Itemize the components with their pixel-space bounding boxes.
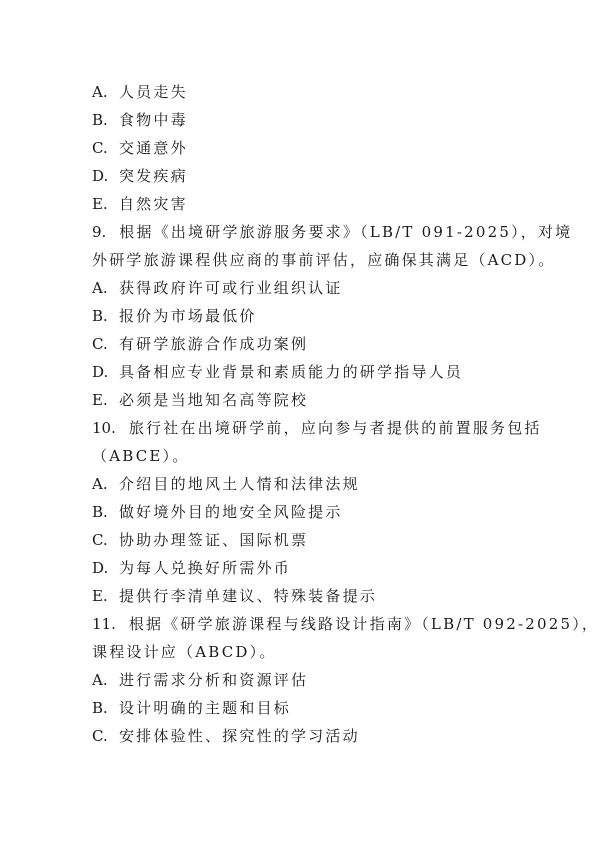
question-stem-continued: （ABCE）。 [92,447,189,465]
q9-option-c: C. 有研学旅游合作成功案例 [92,330,532,358]
q9-stem-line2: 外研学旅游课程供应商的事前评估，应确保其满足（ACD）。 [92,246,532,274]
q9-option-d: D. 具备相应专业背景和素质能力的研学指导人员 [92,358,532,386]
q11-stem-line1: 11. 根据《研学旅游课程与线路设计指南》（LB/T 092-2025）， [92,610,532,638]
option-letter: D. [92,162,112,190]
q8-option-a: A. 人员走失 [92,78,532,106]
q10-option-b: B. 做好境外目的地安全风险提示 [92,498,532,526]
option-letter: E. [92,386,112,414]
option-text: 做好境外目的地安全风险提示 [119,503,343,521]
q10-option-d: D. 为每人兑换好所需外币 [92,554,532,582]
option-letter: C. [92,330,112,358]
question-stem-continued: 外研学旅游课程供应商的事前评估，应确保其满足（ACD）。 [92,251,555,269]
option-text: 为每人兑换好所需外币 [119,559,291,577]
option-text: 介绍目的地风土人情和法律法规 [119,475,360,493]
option-letter: A. [92,666,112,694]
option-text: 人员走失 [119,83,188,101]
option-letter: E. [92,190,112,218]
question-number: 10. [92,419,116,437]
question-stem: 旅行社在出境研学前，应向参与者提供的前置服务包括 [129,419,542,437]
question-stem: 根据《出境研学旅游服务要求》（LB/T 091-2025），对境 [119,223,572,241]
option-letter: A. [92,78,112,106]
q9-stem-line1: 9. 根据《出境研学旅游服务要求》（LB/T 091-2025），对境 [92,218,532,246]
option-letter: E. [92,582,112,610]
q9-option-e: E. 必须是当地知名高等院校 [92,386,532,414]
q9-option-a: A. 获得政府许可或行业组织认证 [92,274,532,302]
q10-stem-line2: （ABCE）。 [92,442,532,470]
option-text: 安排体验性、探究性的学习活动 [119,727,360,745]
q10-option-a: A. 介绍目的地风土人情和法律法规 [92,470,532,498]
option-text: 突发疾病 [119,167,188,185]
q11-stem-line2: 课程设计应（ABCD）。 [92,638,532,666]
option-letter: B. [92,106,112,134]
option-letter: A. [92,470,112,498]
question-number: 9. [92,223,106,241]
q11-option-a: A. 进行需求分析和资源评估 [92,666,532,694]
option-letter: B. [92,302,112,330]
option-text: 协助办理签证、国际机票 [119,531,308,549]
option-letter: C. [92,526,112,554]
option-letter: C. [92,722,112,750]
option-letter: C. [92,134,112,162]
option-letter: B. [92,498,112,526]
document-page: A. 人员走失 B. 食物中毒 C. 交通意外 D. 突发疾病 E. 自然灾害 … [92,78,532,750]
option-text: 食物中毒 [119,111,188,129]
q11-option-b: B. 设计明确的主题和目标 [92,694,532,722]
option-text: 有研学旅游合作成功案例 [119,335,308,353]
q8-option-c: C. 交通意外 [92,134,532,162]
q11-option-c: C. 安排体验性、探究性的学习活动 [92,722,532,750]
option-text: 交通意外 [119,139,188,157]
q8-option-e: E. 自然灾害 [92,190,532,218]
q10-stem-line1: 10. 旅行社在出境研学前，应向参与者提供的前置服务包括 [92,414,532,442]
option-text: 获得政府许可或行业组织认证 [119,279,343,297]
question-stem: 根据《研学旅游课程与线路设计指南》（LB/T 092-2025）， [129,615,599,633]
q9-option-b: B. 报价为市场最低价 [92,302,532,330]
q8-option-d: D. 突发疾病 [92,162,532,190]
option-letter: A. [92,274,112,302]
q10-option-e: E. 提供行李清单建议、特殊装备提示 [92,582,532,610]
q10-option-c: C. 协助办理签证、国际机票 [92,526,532,554]
option-text: 具备相应专业背景和素质能力的研学指导人员 [119,363,463,381]
option-text: 报价为市场最低价 [119,307,257,325]
option-text: 必须是当地知名高等院校 [119,391,308,409]
option-letter: D. [92,554,112,582]
option-text: 提供行李清单建议、特殊装备提示 [119,587,377,605]
question-stem-continued: 课程设计应（ABCD）。 [92,643,277,661]
option-letter: B. [92,694,112,722]
option-text: 自然灾害 [119,195,188,213]
option-text: 进行需求分析和资源评估 [119,671,308,689]
question-number: 11. [92,615,116,633]
q8-option-b: B. 食物中毒 [92,106,532,134]
option-text: 设计明确的主题和目标 [119,699,291,717]
option-letter: D. [92,358,112,386]
